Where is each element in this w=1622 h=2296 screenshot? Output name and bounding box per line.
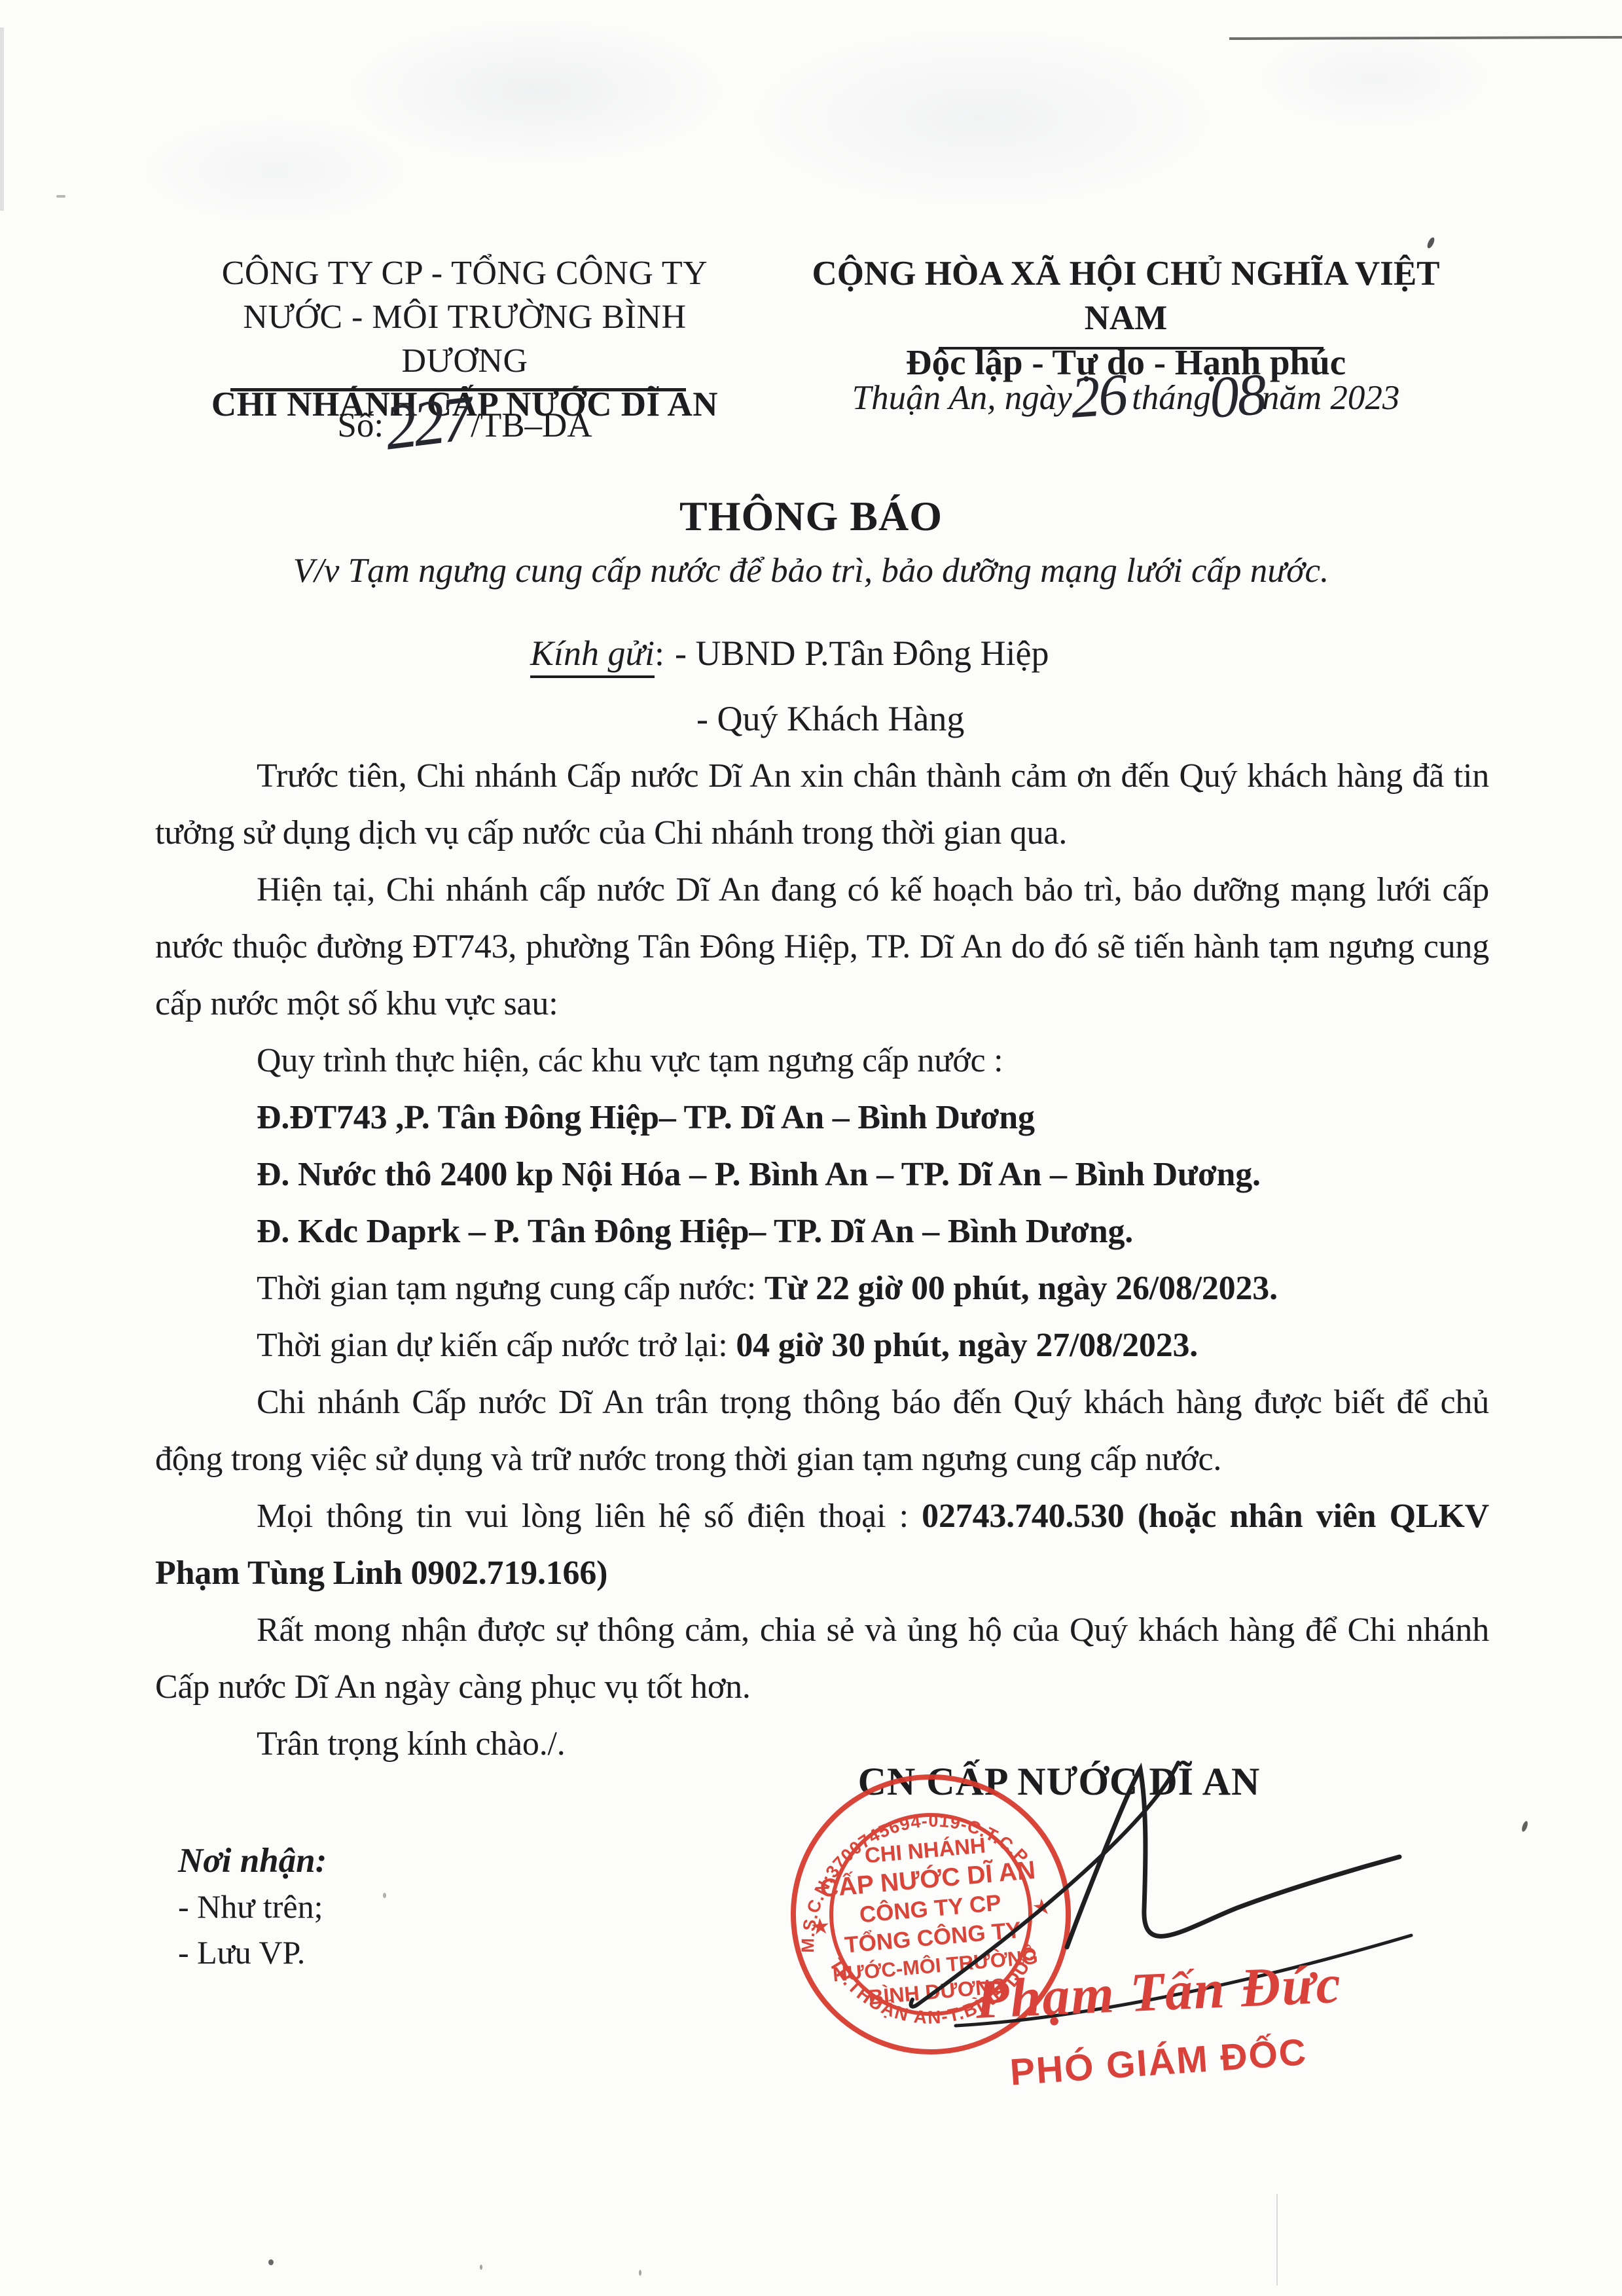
recipient-item: - Quý Khách Hàng <box>696 699 964 738</box>
scan-edge-artifact <box>0 27 4 211</box>
restore-time-label: Thời gian dự kiến cấp nước trở lại: <box>257 1327 736 1364</box>
distribution-label: Nơi nhận: <box>178 1838 327 1884</box>
shutoff-time-value: Từ 22 giờ 00 phút, ngày 26/08/2023. <box>765 1270 1278 1307</box>
document-title: THÔNG BÁO <box>0 492 1622 541</box>
paragraph-apology: Rất mong nhận được sự thông cảm, chia sẻ… <box>155 1602 1489 1715</box>
date-mid: tháng <box>1132 379 1211 417</box>
shutoff-time-label: Thời gian tạm ngưng cung cấp nước: <box>257 1270 765 1307</box>
affected-area-1: Đ.ĐT743 ,P. Tân Đông Hiệp– TP. Dĩ An – B… <box>257 1099 1035 1136</box>
document-body: Trước tiên, Chi nhánh Cấp nước Dĩ An xin… <box>155 747 1489 1772</box>
star-icon: ★ <box>809 1914 831 1941</box>
affected-area-line: Đ.ĐT743 ,P. Tân Đông Hiệp– TP. Dĩ An – B… <box>155 1089 1489 1146</box>
national-title: CỘNG HÒA XÃ HỘI CHỦ NGHĨA VIỆT NAM <box>772 251 1479 340</box>
ink-speck <box>383 1893 386 1898</box>
date-prefix: Thuận An, ngày <box>852 379 1072 417</box>
recipients-label: Kính gửi <box>530 634 655 678</box>
contact-line: Mọi thông tin vui lòng liên hệ số điện t… <box>155 1488 1489 1602</box>
paragraph-procedure: Quy trình thực hiện, các khu vực tạm ngư… <box>155 1032 1489 1089</box>
ink-speck <box>1521 1820 1528 1832</box>
scanned-notice-document: CÔNG TY CP - TỔNG CÔNG TY NƯỚC - MÔI TRƯ… <box>0 0 1622 2296</box>
document-number-line: Số:227/TB–DA <box>196 406 733 445</box>
issuer-company: NƯỚC - MÔI TRƯỜNG BÌNH DƯƠNG <box>190 295 740 383</box>
place-date-line: Thuận An, ngày26 tháng08năm 2023 <box>772 378 1479 418</box>
recipients-block: Kính gửi:- UBND P.Tân Đông Hiệp - Quý Kh… <box>530 620 1250 751</box>
date-month-handwritten: 08 <box>1209 385 1265 408</box>
date-day-handwritten: 26 <box>1070 385 1126 408</box>
distribution-item: - Như trên; <box>178 1884 327 1929</box>
restore-time-line: Thời gian dự kiến cấp nước trở lại: 04 g… <box>155 1317 1489 1374</box>
affected-area-line: Đ. Kdc Daprk – P. Tân Đông Hiệp– TP. Dĩ … <box>155 1203 1489 1260</box>
document-number-suffix: /TB–DA <box>471 406 592 444</box>
affected-area-line: Đ. Nước thô 2400 kp Nội Hóa – P. Bình An… <box>155 1146 1489 1203</box>
date-suffix: năm 2023 <box>1262 379 1400 417</box>
recipients-colon: : <box>655 634 664 673</box>
paragraph-advice: Chi nhánh Cấp nước Dĩ An trân trọng thôn… <box>155 1374 1489 1488</box>
paragraph-thanks: Trước tiên, Chi nhánh Cấp nước Dĩ An xin… <box>155 747 1489 861</box>
affected-area-3: Đ. Kdc Daprk – P. Tân Đông Hiệp– TP. Dĩ … <box>257 1213 1133 1250</box>
distribution-item: - Lưu VP. <box>178 1929 327 1975</box>
ink-speck <box>268 2259 274 2265</box>
ink-speck <box>639 2270 641 2276</box>
motto-underline <box>939 347 1324 350</box>
contact-label: Mọi thông tin vui lòng liên hệ số điện t… <box>257 1498 922 1535</box>
ink-speck <box>56 195 65 198</box>
document-number-handwritten: 227 <box>384 408 471 438</box>
paragraph-plan: Hiện tại, Chi nhánh cấp nước Dĩ An đang … <box>155 861 1489 1032</box>
restore-time-value: 04 giờ 30 phút, ngày 27/08/2023. <box>736 1327 1198 1364</box>
scan-line-artifact <box>1276 2194 1278 2286</box>
recipient-item: - UBND P.Tân Đông Hiệp <box>675 634 1049 673</box>
issuer-parent-company: CÔNG TY CP - TỔNG CÔNG TY <box>190 251 740 295</box>
national-motto-block: CỘNG HÒA XÃ HỘI CHỦ NGHĨA VIỆT NAM Độc l… <box>772 251 1479 385</box>
document-subject: V/v Tạm ngưng cung cấp nước để bảo trì, … <box>0 551 1622 590</box>
document-number-label: Số: <box>337 406 384 444</box>
recipients-row: - Quý Khách Hàng <box>696 686 1250 751</box>
recipients-row: Kính gửi:- UBND P.Tân Đông Hiệp <box>530 620 1250 686</box>
shutoff-time-line: Thời gian tạm ngưng cung cấp nước: Từ 22… <box>155 1260 1489 1317</box>
affected-area-2: Đ. Nước thô 2400 kp Nội Hóa – P. Bình An… <box>257 1156 1261 1193</box>
ink-speck <box>480 2265 482 2270</box>
distribution-block: Nơi nhận: - Như trên; - Lưu VP. <box>178 1838 327 1975</box>
